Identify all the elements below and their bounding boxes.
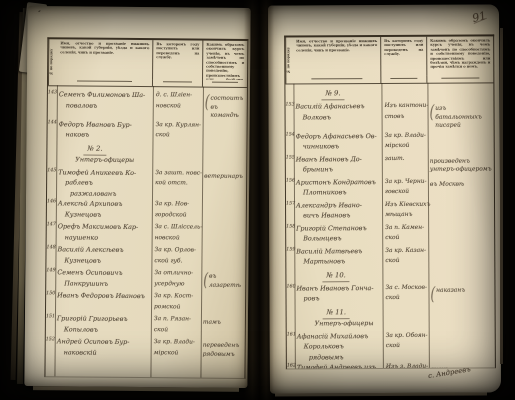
entry-origin: За кр. Влади-мірской [382, 130, 428, 151]
entry-name: Аристонъ КондратовъПлотниковъ [294, 177, 382, 198]
register-row: 151Григорій ГригорьевъКопыловъЗа п. Ряза… [46, 313, 245, 338]
entry-name: Иванъ Ивановъ Гонча-ровъ [294, 283, 382, 304]
ink-line: За п. Рязан- [154, 314, 199, 325]
ink-line: Алексѣй Архиповъ [58, 198, 150, 209]
ink-line: рядовымъ [309, 352, 381, 363]
ink-line: За кр. Казан- [385, 245, 426, 256]
header-underline [153, 79, 203, 86]
ink-line: За п. Камен- [385, 222, 426, 233]
entry-number: 145 [47, 167, 56, 173]
section-heading: № 2. [83, 144, 106, 155]
entry-number: 159 [286, 246, 294, 252]
ink-line: ской [385, 293, 426, 304]
ink-line: Изъ Кіевскихъ [385, 199, 426, 210]
ink-line: Федоръ Афанасьевъ Ов- [296, 131, 380, 142]
entry-number: 144 [48, 119, 57, 125]
column-header-notes: Какимъ образомъ окончилъ курсъ ученія, в… [203, 41, 247, 80]
right-page: 91 № по порядку Имя, отчество и прозвані… [268, 4, 501, 393]
entry-name: Иванъ Ивановъ До-брынинъ [294, 154, 382, 175]
ink-line: д. с. Шліен- [156, 90, 201, 101]
ink-line: ромской [154, 302, 199, 313]
ink-line: городской [155, 210, 200, 221]
section-heading: № 9. [321, 89, 344, 100]
entry-note [202, 223, 246, 225]
ink-line: Александръ Ивано- [296, 200, 380, 211]
ink-line: Корольковъ [304, 341, 381, 352]
register-row: 160Иванъ Ивановъ Гонча-ровъЗа с. Москов-… [286, 282, 494, 306]
register-row: 155Иванъ Ивановъ До-брынинъзашт.произвед… [286, 153, 494, 177]
section-subheading: Унтеръ-офицеры [75, 156, 246, 166]
brace-mark: ( [430, 284, 435, 302]
entry-name: Григорій СтепановъВолынцевъ [294, 223, 382, 244]
entry-number: 151 [46, 313, 55, 319]
ink-line: Волынцевъ [303, 233, 380, 244]
register-row: 148Василій АлексѣевъКузнецовъЗа кр. Орло… [46, 244, 245, 269]
register-row: 157Александръ Ивано-вичъ ИвановъИзъ Кіев… [286, 199, 494, 223]
ink-line: Орефъ Максимовъ Кар- [58, 221, 150, 232]
header-underline [293, 76, 381, 83]
ink-line: чинниковъ [303, 141, 380, 152]
entry-number: 146 [47, 198, 56, 204]
ink-line: Плотниковъ [303, 187, 380, 198]
ink-line: поваловъ [66, 100, 151, 111]
ink-line: стовъ [385, 111, 426, 122]
ink-line: За кр. Орлов- [154, 245, 199, 256]
table-header: № по порядку Имя, отчество и прозваніе н… [48, 39, 247, 88]
register-row: 144Федоръ Ивановъ Бур-наковъЗа кр. Курля… [47, 119, 246, 144]
header-underline [427, 75, 493, 82]
brace-mark: ( [203, 271, 208, 300]
ink-line: новской [155, 233, 200, 244]
column-header-name: Имя, отчество и прозваніе нижнихъ чиновъ… [293, 37, 381, 76]
entry-origin: За п. Камен-ской [382, 222, 428, 243]
entry-name: Григорій ГригорьевъКопыловъ [55, 313, 151, 335]
note-text: произведенъ унтеръ-офицеромъ [430, 155, 492, 174]
entry-origin: За с. Шліссель-новской [152, 222, 202, 243]
entry-note: (изъ батальонныхъ писарей [427, 100, 493, 130]
entry-origin: За кр. Обоян-ской [383, 330, 429, 351]
section-heading: № 11. [323, 308, 350, 319]
ink-line: говской [385, 187, 426, 198]
entry-origin: Изъ з. Влади-мірской [383, 362, 429, 369]
column-header-name: Имя, отчество и прозваніе нижнихъ чиновъ… [57, 39, 153, 79]
ink-line: За кр. Влади- [385, 130, 426, 141]
entry-number: 158 [286, 223, 294, 229]
entry-name: Федоръ Афанасьевъ Ов-чинниковъ [294, 131, 382, 152]
entry-number: 149 [46, 267, 55, 273]
entry-number: 154 [286, 131, 294, 137]
entry-name: Василій МатвѣевъМартыновъ [294, 246, 382, 267]
entry-note: (наказанъ [428, 282, 494, 296]
entry-note: тамъ [201, 315, 245, 328]
entry-origin: За зашт. новс-кой отст. [152, 168, 202, 189]
section-subheading: Унтеръ-офицеры [315, 319, 495, 329]
ink-line: наковскій [64, 347, 149, 358]
ink-line: За с. Москов- [385, 282, 426, 293]
entry-name: Алексѣй АрхиповъКузнецовъ [56, 198, 152, 220]
ink-line: Андрей Осиповъ Бур- [57, 336, 149, 347]
register-row: 158Григорій СтепановъВолынцевъЗа п. Каме… [286, 222, 494, 246]
ink-line: За кр. Кост- [154, 291, 199, 302]
ink-line: Иванъ Федоровъ Ивановъ [57, 290, 149, 301]
ink-line: Мартыновъ [303, 256, 380, 267]
entry-name: Василій АлексѣевъКузнецовъ [55, 244, 151, 266]
entry-number: 157 [286, 200, 294, 206]
ink-line: усердную [154, 279, 199, 290]
entry-note [428, 245, 494, 247]
entry-name: Василій АфанасьевъВолковъ [293, 101, 381, 122]
section-heading: № 10. [322, 271, 349, 282]
column-header-order-no: № по порядку [48, 39, 57, 85]
entry-note [202, 246, 246, 248]
table-header: № по порядку Имя, отчество и прозваніе н… [285, 36, 493, 84]
entry-number: 153 [285, 101, 293, 107]
ink-line: Иванъ Ивановъ До- [296, 154, 380, 165]
ink-line: разжалованъ [70, 188, 150, 199]
entry-note: ветеринаръ [202, 168, 246, 181]
register-row: 153Василій АфанасьевъВолковъИзъ кантони-… [285, 100, 493, 131]
ink-line: Иванъ Ивановъ Гонча- [296, 283, 380, 294]
register-row: 152Андрей Осиповъ Бур-наковскійЗа кр. Вл… [46, 336, 245, 361]
column-header-service: Въ которомъ году поступилъ или переведен… [381, 37, 427, 76]
note-text: переведенъ рядовымъ [203, 340, 243, 359]
ink-line: ской губ. [154, 256, 199, 267]
note-text: знакъ [431, 364, 449, 369]
entry-name: Афанасій МихайловъКорольковърядовымъ [295, 331, 383, 363]
entry-note: въ Москвѣ [428, 176, 494, 189]
entry-note: произведенъ унтеръ-офицеромъ [428, 153, 494, 174]
table-body: 143Семенъ Филимоновъ Ша-поваловъд. с. Шл… [45, 86, 247, 378]
page-number: 91 [471, 9, 487, 23]
entry-origin: За кр. Орлов-ской губ. [151, 245, 201, 266]
pen-mark: ʹ [34, 9, 41, 18]
ink-line: Семенъ Филимоновъ Ша- [59, 89, 151, 100]
left-register-table: № по порядку Имя, отчество и прозваніе н… [44, 37, 248, 379]
ink-line: Копыловъ [64, 324, 149, 335]
note-text: наказанъ [436, 284, 465, 296]
entry-origin: Изъ Кіевскихъмѣщанъ [382, 199, 428, 220]
note-text: въ Москвѣ [430, 178, 464, 189]
brace-mark: ( [429, 103, 434, 144]
ink-line: новской [156, 101, 201, 112]
register-row: 154Федоръ Афанасьевъ Ов-чинниковъЗа кр. … [286, 130, 494, 154]
entry-number: 147 [47, 221, 56, 227]
ink-line: Волковъ [303, 112, 380, 123]
ink-line: Кузнецовъ [64, 255, 149, 266]
ink-line: За кр. Влади- [154, 337, 199, 348]
entry-note: (въ лазаретѣ [201, 269, 245, 290]
ink-line: зашт. [385, 153, 426, 164]
ledger-scan: ʹ № по порядку Имя, отчество и прозваніе… [0, 0, 515, 400]
ink-line: За кр. Нов- [155, 199, 200, 210]
entry-name: Иванъ Федоровъ Ивановъ [55, 290, 151, 301]
header-underline [57, 78, 153, 86]
ink-line: За зашт. новс- [155, 168, 200, 179]
entry-name: Семенъ ОсиповичъПанкрушинъ [55, 267, 151, 289]
ink-line: ской [385, 256, 426, 267]
right-page-bottom-edge [275, 392, 487, 396]
entry-note [428, 199, 494, 201]
entry-number: 152 [46, 336, 55, 342]
ink-line: Афанасій Михайловъ [297, 331, 381, 342]
ink-line: Тимофей Андреевъ изъ [297, 362, 381, 368]
ink-line: Василій Алексѣевъ [57, 244, 149, 255]
register-row: 150Иванъ Федоровъ ИвановъЗа кр. Кост-ром… [46, 290, 245, 315]
entry-origin: За кр. Кост-ромской [151, 291, 201, 312]
entry-number: 155 [286, 154, 294, 160]
entry-origin: Изъ кантони-стовъ [381, 101, 427, 122]
ink-line: За с. Шліссель- [155, 222, 200, 233]
ink-line: ской [386, 341, 427, 352]
entry-note [428, 222, 494, 224]
header-underline [381, 76, 427, 83]
entry-name: Тимофей Андреевъ изънихъ Яковлевъ [295, 362, 383, 369]
entry-note [428, 130, 494, 132]
entry-number: 156 [286, 177, 294, 183]
entry-origin: зашт. [382, 153, 428, 164]
ink-line: За кр. Курлян- [156, 120, 201, 131]
entry-note: (состоитъ въ командѣ [203, 91, 247, 121]
ink-line: Изъ з. Влади- [386, 362, 427, 369]
header-underline [203, 80, 247, 87]
ink-line: наушенко [65, 232, 150, 243]
ink-line: кой отст. [155, 178, 200, 189]
entry-origin: За кр. Курлян-ской [152, 120, 202, 141]
ink-line: наковъ [65, 129, 150, 140]
register-row: 159Василій МатвѣевъМартыновъЗа кр. Казан… [286, 245, 494, 269]
ink-line: За кр. Черни- [385, 176, 426, 187]
entry-name: Александръ Ивано-вичъ Ивановъ [294, 200, 382, 221]
ink-line: Василій Афанасьевъ [295, 101, 379, 112]
column-header-order-no: № по порядку [285, 37, 293, 83]
ink-line: Григорій Григорьевъ [57, 313, 149, 324]
ink-line: Аристонъ Кондратовъ [296, 177, 380, 188]
entry-number: 161 [287, 331, 295, 337]
entry-name: Андрей Осиповъ Бур-наковскій [55, 336, 151, 358]
ink-line: За кр. Обоян- [386, 330, 427, 341]
entry-origin: За с. Москов-ской [382, 282, 428, 303]
entry-number: 148 [47, 244, 56, 250]
register-row: 161Афанасій МихайловъКорольковърядовымъЗ… [287, 330, 495, 363]
ink-line: мѣщанъ [385, 210, 426, 221]
column-header-notes: Какимъ образомъ окончилъ курсъ ученія, в… [427, 36, 493, 75]
entry-note [429, 330, 495, 332]
ink-line: брынинъ [303, 164, 380, 175]
register-row: 146Алексѣй АрхиповъКузнецовъЗа кр. Нов-г… [47, 198, 246, 223]
ink-line: мірской [154, 348, 199, 359]
entry-name: Федоръ Ивановъ Бур-наковъ [56, 119, 152, 141]
left-page: ʹ № по порядку Имя, отчество и прозваніе… [24, 6, 250, 388]
ink-line: мірской [385, 141, 426, 152]
register-row: 156Аристонъ КондратовъПлотниковъЗа кр. Ч… [286, 176, 494, 200]
entry-origin: За п. Рязан-ской [151, 314, 201, 335]
register-row: 145Тимофей Аникеевъ Ко-раблевъразжалован… [47, 167, 246, 200]
ink-line: Федоръ Ивановъ Бур- [59, 119, 151, 130]
entry-origin: д. с. Шліен-новской [153, 90, 203, 111]
note-text: тамъ [203, 317, 221, 328]
ink-line: Семенъ Осиповичъ [57, 267, 149, 278]
brace-mark: ( [205, 93, 210, 134]
ink-line: вичъ Ивановъ [303, 210, 380, 221]
entry-number: 150 [46, 290, 55, 296]
entry-number: 160 [286, 283, 294, 289]
entry-origin: За кр. Черни-говской [382, 176, 428, 197]
ink-line: ской [385, 233, 426, 244]
entry-name: Семенъ Филимоновъ Ша-поваловъ [57, 89, 153, 111]
left-page-bottom-edge [33, 386, 239, 392]
ink-line: Изъ кантони- [384, 101, 425, 112]
entry-number: 143 [48, 89, 57, 95]
entry-origin: За отлично-усердную [151, 268, 201, 289]
entry-note [202, 200, 246, 202]
note-text: въ лазаретѣ [209, 271, 243, 290]
entry-origin: За кр. Влади-мірской [151, 337, 201, 358]
ink-line: раблевъ [65, 177, 150, 188]
ink-line: ской [154, 325, 199, 336]
ink-line: Тимофей Аникеевъ Ко- [58, 167, 150, 178]
entry-number: 162 [287, 362, 295, 368]
entry-note: переведенъ рядовымъ [201, 338, 245, 359]
right-register-table: № по порядку Имя, отчество и прозваніе н… [284, 34, 496, 369]
ink-line: За отлично- [154, 268, 199, 279]
table-body: № 9.153Василій АфанасьевъВолковъИзъ кант… [285, 83, 494, 368]
ink-line: Панкрушинъ [64, 278, 149, 289]
register-row: 149Семенъ ОсиповичъПанкрушинъЗа отлично-… [46, 267, 245, 292]
note-text: состоитъ въ командѣ [210, 93, 245, 121]
column-header-service: Въ которомъ году поступилъ или переведен… [153, 40, 203, 79]
right-cover-edge [500, 28, 503, 364]
entry-name: Орефъ Максимовъ Кар-наушенко [56, 221, 152, 243]
note-text: ветеринаръ [204, 170, 243, 181]
ink-line: Григорій Степановъ [296, 223, 380, 234]
ink-line: ской [155, 130, 200, 141]
entry-origin: За кр. Нов-городской [152, 199, 202, 220]
entry-name: Тимофей Аникеевъ Ко-раблевъразжалованъ [56, 167, 152, 199]
entry-origin: За кр. Казан-ской [382, 245, 428, 266]
ink-line: Василій Матвѣевъ [296, 246, 380, 257]
ink-line: Кузнецовъ [65, 209, 150, 220]
register-row: 143Семенъ Филимоновъ Ша-поваловъд. с. Шл… [48, 89, 247, 120]
register-row: 147Орефъ Максимовъ Кар-наушенкоЗа с. Шлі… [47, 221, 246, 246]
ink-line: ровъ [303, 293, 380, 304]
note-text: изъ батальонныхъ писарей [435, 102, 491, 130]
